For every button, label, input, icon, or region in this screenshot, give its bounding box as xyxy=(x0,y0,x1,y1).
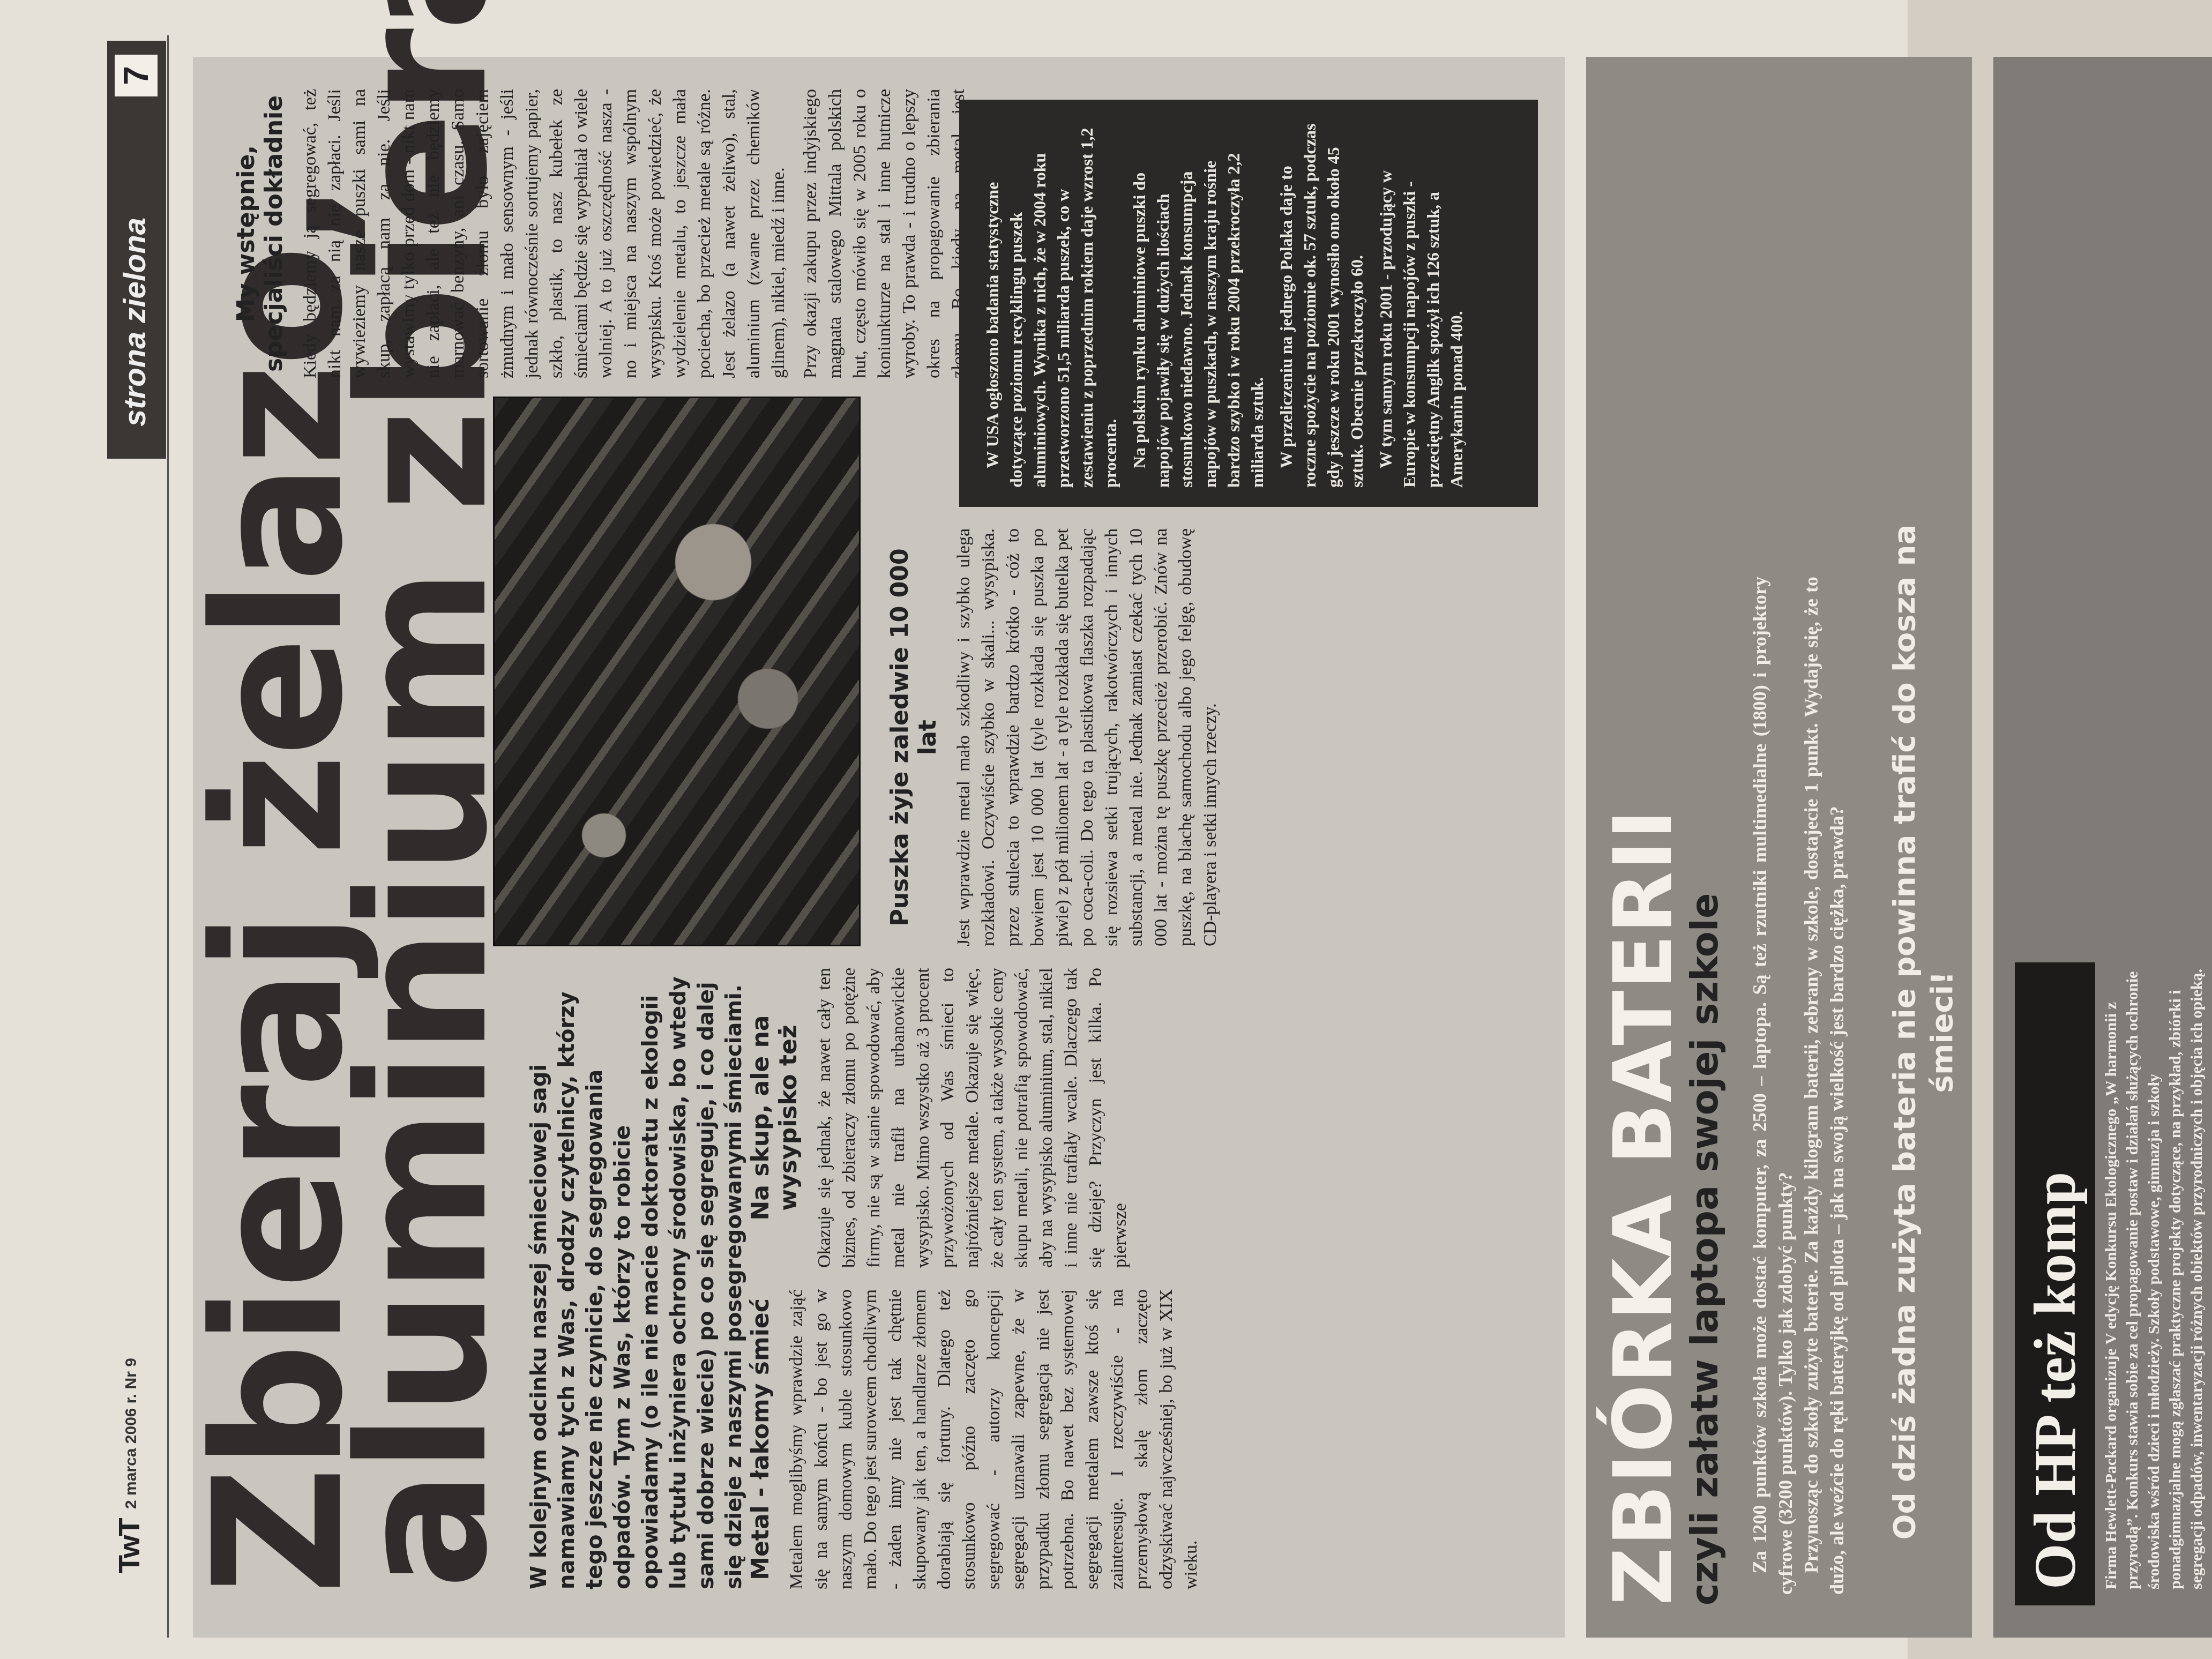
stats-paragraph: W tym samym roku 2001 - przodujący w Eur… xyxy=(1374,119,1468,488)
scrap-metal-photo xyxy=(493,397,861,946)
subhead-specjalisci: My wstępnie, specjaliści dokładnie xyxy=(233,89,288,378)
stats-paragraph: W USA ogłoszono badania statystyczne dot… xyxy=(981,119,1122,488)
article-column-1: Metal - łakomy śmieć Metalem moglibyśmy … xyxy=(739,1289,1204,1589)
section-band: strona zielona 7 xyxy=(107,41,166,459)
section-text: Metalem moglibyśmy wprawdzie zająć się n… xyxy=(784,1289,1204,1589)
subhead-skup: Na skup, ale na wysypisko też xyxy=(747,968,803,1268)
masthead-logo: TwT xyxy=(111,1519,146,1573)
statistics-box: W USA ogłoszono badania statystyczne dot… xyxy=(959,100,1538,507)
section-text: Jest wprawdzie metal mało szkodliwy i sz… xyxy=(952,528,1223,946)
rotated-newspaper-page: TwT 2 marca 2006 r. Nr 9 strona zielona … xyxy=(0,0,2212,1659)
stats-paragraph: W przeliczeniu na jednego Polaka daje to… xyxy=(1274,119,1369,488)
article-lead: W kolejnym odcinku naszej śmieciowej sag… xyxy=(525,968,748,1589)
main-article: Zbieraj żelazo, aluminium zbieraj W kole… xyxy=(193,57,1565,1638)
battery-paragraph: Za 1200 punktów szkoła może dostać kompu… xyxy=(1747,577,1798,1595)
page-number: 7 xyxy=(115,55,158,96)
subhead-metal: Metal - łakomy śmieć xyxy=(747,1289,775,1589)
battery-title: ZBIÓRKA BATERII xyxy=(1597,809,1690,1605)
battery-body: Za 1200 punktów szkoła może dostać kompu… xyxy=(1747,577,1850,1595)
hp-body: Firma Hewlett-Packard organizuje V edycj… xyxy=(2101,946,2208,1589)
battery-subtitle: czyli załatw laptopa swojej szkole xyxy=(1683,893,1727,1605)
hp-contest-box: Od HP też komp Firma Hewlett-Packard org… xyxy=(1993,57,2212,1638)
section-text: Kiedy będziemy ją segregować, też nikt n… xyxy=(298,89,791,378)
article-column-2: Na skup, ale na wysypisko też Okazuje si… xyxy=(739,968,1133,1268)
page-header: TwT 2 marca 2006 r. Nr 9 strona zielona … xyxy=(107,57,177,1638)
battery-collection-box: ZBIÓRKA BATERII czyli załatw laptopa swo… xyxy=(1586,57,1972,1638)
stats-paragraph: Na polskim rynku aluminiowe puszki do na… xyxy=(1127,119,1269,488)
section-title: strona zielona xyxy=(117,218,153,427)
battery-footer: Od dziś żadna zużyta bateria nie powinna… xyxy=(1886,523,1961,1541)
subhead-puszka: Puszka żyje zaledwie 10 000 lat xyxy=(886,528,942,946)
battery-paragraph: Przynosząc do szkoły zużyte baterie. Za … xyxy=(1798,577,1850,1595)
hp-title: Od HP też komp xyxy=(2015,962,2095,1605)
header-divider xyxy=(167,35,169,1638)
section-text: Okazuje się jednak, że nawet cały ten bi… xyxy=(812,968,1133,1268)
article-column-3: Puszka żyje zaledwie 10 000 lat Jest wpr… xyxy=(879,528,1223,946)
issue-date: 2 marca 2006 r. Nr 9 xyxy=(122,1358,140,1509)
article-column-4: My wstępnie, specjaliści dokładnie Kiedy… xyxy=(225,89,996,378)
